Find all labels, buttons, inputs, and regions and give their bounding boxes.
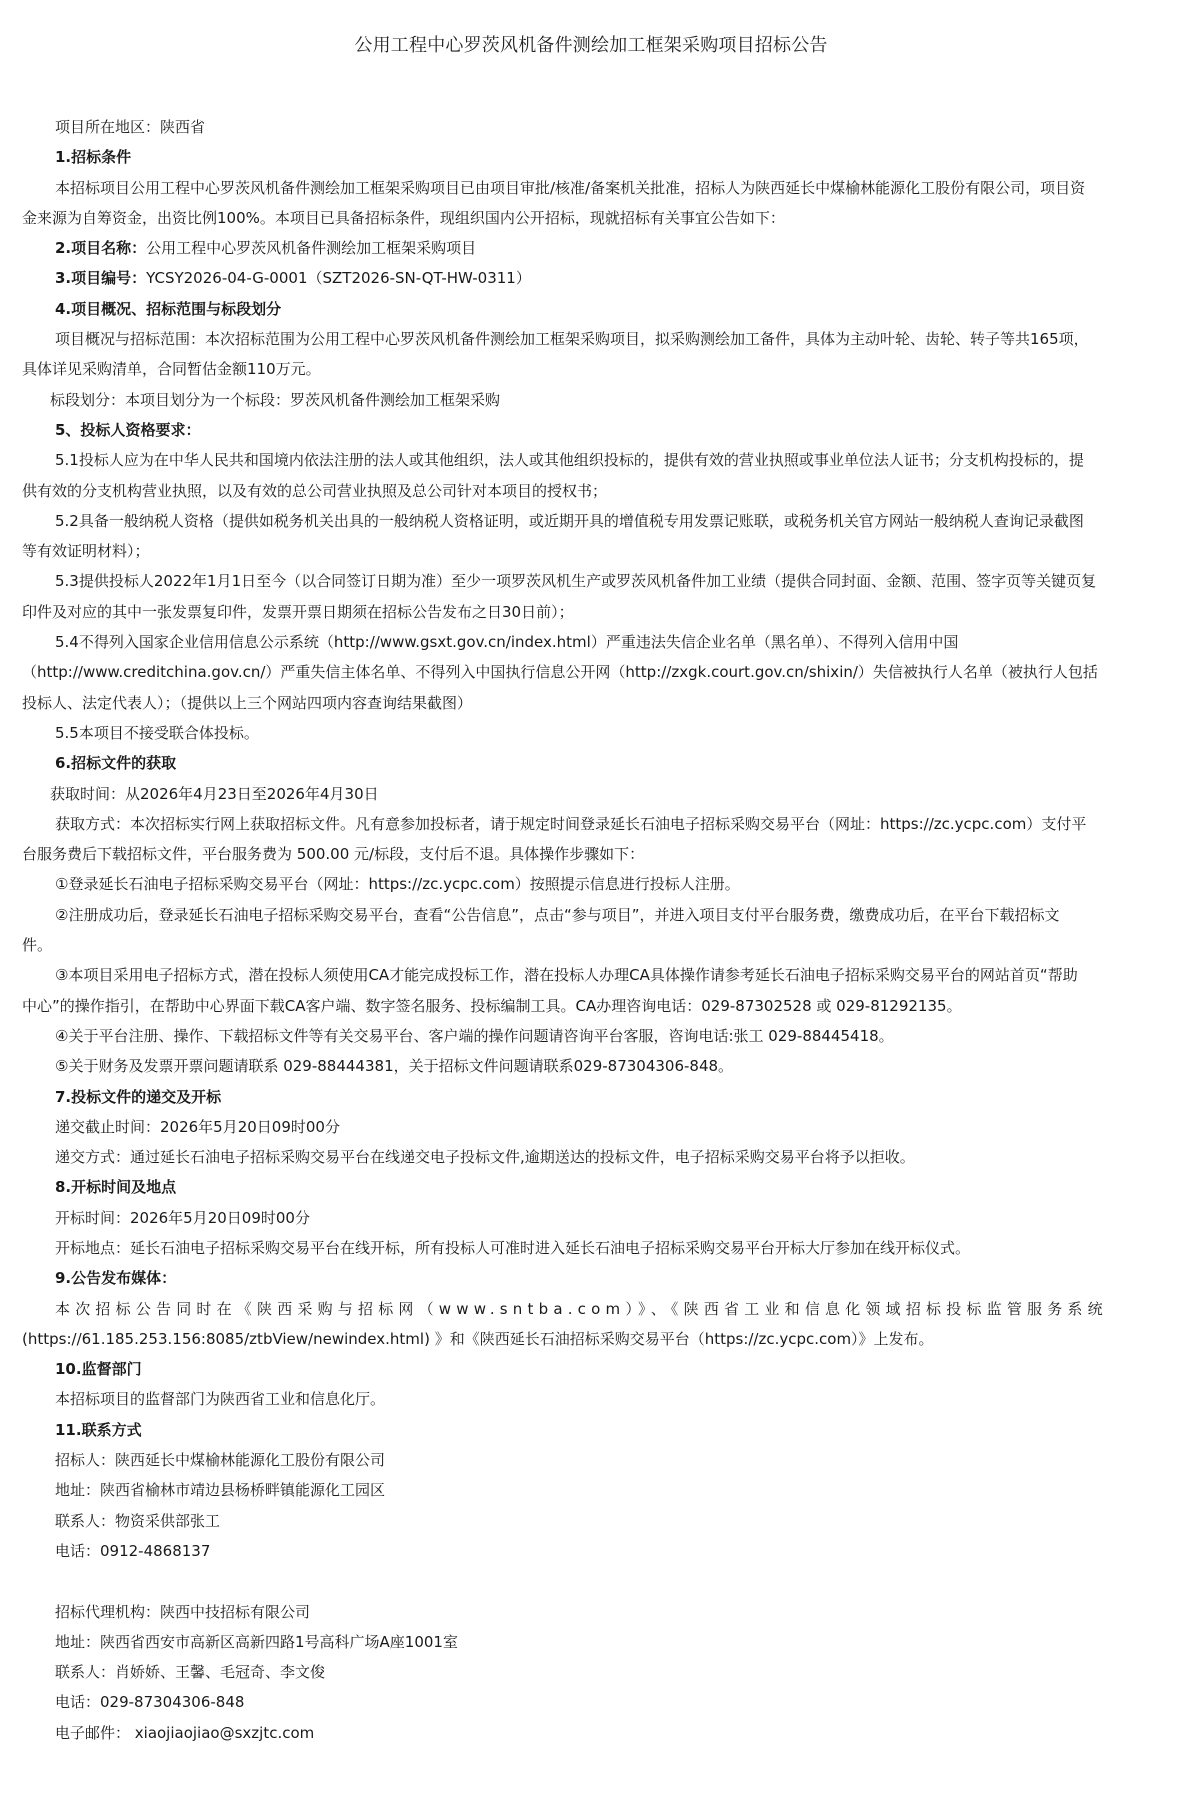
submission-method: 递交方式：通过延长石油电子招标采购交易平台在线递交电子投标文件,逾期送达的投标文… bbox=[22, 1142, 1162, 1172]
requirement-5-5: 5.5本项目不接受联合体投标。 bbox=[22, 718, 1162, 748]
requirement-5-1-line-1: 5.1投标人应为在中华人民共和国境内依法注册的法人或其他组织，法人或其他组织投标… bbox=[22, 445, 1162, 475]
step-5: ⑤关于财务及发票开票问题请联系 029-88444381，关于招标文件问题请联系… bbox=[22, 1051, 1162, 1081]
agency-email[interactable]: 电子邮件： xiaojiaojiao@sxzjtc.com bbox=[22, 1718, 1162, 1748]
requirement-5-4-line-2: （http://www.creditchina.gov.cn/）严重失信主体名单… bbox=[22, 657, 1162, 687]
tenderer-name: 招标人：陕西延长中煤榆林能源化工股份有限公司 bbox=[22, 1445, 1162, 1475]
section-1-text-line-1: 本招标项目公用工程中心罗茨风机备件测绘加工框架采购项目已由项目审批/核准/备案机… bbox=[22, 173, 1162, 203]
publication-media-line-1: 本次招标公告同时在《陕西采购与招标网（www.sntba.com）》、《陕西省工… bbox=[22, 1294, 1162, 1324]
tenderer-phone: 电话：0912-4868137 bbox=[22, 1536, 1162, 1566]
announcement-body: 项目所在地区：陕西省 1.招标条件 本招标项目公用工程中心罗茨风机备件测绘加工框… bbox=[22, 112, 1162, 1748]
project-region: 项目所在地区：陕西省 bbox=[22, 112, 1162, 142]
requirement-5-3-line-2: 印件及对应的其中一张发票复印件，发票开票日期须在招标公告发布之日30日前）； bbox=[22, 597, 1162, 627]
step-3-line-2: 中心”的操作指引，在帮助中心界面下载CA客户端、数字签名服务、投标编制工具。CA… bbox=[22, 991, 1162, 1021]
step-3-line-1: ③本项目采用电子招标方式，潜在投标人须使用CA才能完成投标工作，潜在投标人办理C… bbox=[22, 960, 1162, 990]
section-11-heading: 11.联系方式 bbox=[22, 1415, 1162, 1445]
requirement-5-4-line-3: 投标人、法定代表人）；（提供以上三个网站四项内容查询结果截图） bbox=[22, 688, 1162, 718]
section-5-heading: 5、投标人资格要求： bbox=[22, 415, 1162, 445]
section-6-heading: 6.招标文件的获取 bbox=[22, 748, 1162, 778]
agency-phone: 电话：029-87304306-848 bbox=[22, 1687, 1162, 1717]
blank-line bbox=[22, 1566, 1162, 1596]
section-9-heading: 9.公告发布媒体： bbox=[22, 1263, 1162, 1293]
section-4-scope-line-1: 项目概况与招标范围：本次招标范围为公用工程中心罗茨风机备件测绘加工框架采购项目，… bbox=[22, 324, 1162, 354]
acquisition-method-line-2: 台服务费后下载招标文件，平台服务费为 500.00 元/标段，支付后不退。具体操… bbox=[22, 839, 1162, 869]
project-name-label: 2.项目名称： bbox=[55, 239, 146, 257]
section-7-heading: 7.投标文件的递交及开标 bbox=[22, 1082, 1162, 1112]
publication-media-line-2: (https://61.185.253.156:8085/ztbView/new… bbox=[22, 1324, 1162, 1354]
requirement-5-4-line-1: 5.4不得列入国家企业信用信息公示系统（http://www.gsxt.gov.… bbox=[22, 627, 1162, 657]
agency-name: 招标代理机构：陕西中技招标有限公司 bbox=[22, 1597, 1162, 1627]
tenderer-contact: 联系人：物资采供部张工 bbox=[22, 1506, 1162, 1536]
tenderer-address: 地址：陕西省榆林市靖边县杨桥畔镇能源化工园区 bbox=[22, 1475, 1162, 1505]
section-4-heading: 4.项目概况、招标范围与标段划分 bbox=[22, 294, 1162, 324]
section-8-heading: 8.开标时间及地点 bbox=[22, 1172, 1162, 1202]
requirement-5-2-line-2: 等有效证明材料）； bbox=[22, 536, 1162, 566]
requirement-5-3-line-1: 5.3提供投标人2022年1月1日至今（以合同签订日期为准）至少一项罗茨风机生产… bbox=[22, 566, 1162, 596]
section-1-heading: 1.招标条件 bbox=[22, 142, 1162, 172]
opening-time: 开标时间：2026年5月20日09时00分 bbox=[22, 1203, 1162, 1233]
step-4: ④关于平台注册、操作、下载招标文件等有关交易平台、客户端的操作问题请咨询平台客服… bbox=[22, 1021, 1162, 1051]
section-2-project-name: 2.项目名称：公用工程中心罗茨风机备件测绘加工框架采购项目 bbox=[22, 233, 1162, 263]
tender-announcement-page: 公用工程中心罗茨风机备件测绘加工框架采购项目招标公告 项目所在地区：陕西省 1.… bbox=[0, 0, 1182, 1804]
step-2-line-2: 件。 bbox=[22, 930, 1162, 960]
submission-deadline: 递交截止时间：2026年5月20日09时00分 bbox=[22, 1112, 1162, 1142]
supervision-department: 本招标项目的监督部门为陕西省工业和信息化厅。 bbox=[22, 1384, 1162, 1414]
requirement-5-1-line-2: 供有效的分支机构营业执照，以及有效的总公司营业执照及总公司针对本项目的授权书； bbox=[22, 476, 1162, 506]
acquisition-time: 获取时间：从2026年4月23日至2026年4月30日 bbox=[22, 779, 1162, 809]
requirement-5-2-line-1: 5.2具备一般纳税人资格（提供如税务机关出具的一般纳税人资格证明，或近期开具的增… bbox=[22, 506, 1162, 536]
section-4-lot-division: 标段划分：本项目划分为一个标段：罗茨风机备件测绘加工框架采购 bbox=[22, 385, 1162, 415]
agency-address: 地址：陕西省西安市高新区高新四路1号高科广场A座1001室 bbox=[22, 1627, 1162, 1657]
section-3-project-number: 3.项目编号：YCSY2026-04-G-0001（SZT2026-SN-QT-… bbox=[22, 263, 1162, 293]
step-2-line-1: ②注册成功后，登录延长石油电子招标采购交易平台，查看“公告信息”，点击“参与项目… bbox=[22, 900, 1162, 930]
page-title: 公用工程中心罗茨风机备件测绘加工框架采购项目招标公告 bbox=[0, 33, 1182, 59]
acquisition-method-line-1: 获取方式：本次招标实行网上获取招标文件。凡有意参加投标者，请于规定时间登录延长石… bbox=[22, 809, 1162, 839]
agency-contact: 联系人：肖娇娇、王馨、毛冠奇、李文俊 bbox=[22, 1657, 1162, 1687]
section-10-heading: 10.监督部门 bbox=[22, 1354, 1162, 1384]
section-1-text-line-2: 金来源为自筹资金，出资比例100%。本项目已具备招标条件，现组织国内公开招标，现… bbox=[22, 203, 1162, 233]
opening-place: 开标地点：延长石油电子招标采购交易平台在线开标，所有投标人可准时进入延长石油电子… bbox=[22, 1233, 1162, 1263]
section-4-scope-line-2: 具体详见采购清单，合同暂估金额110万元。 bbox=[22, 354, 1162, 384]
project-name-value: 公用工程中心罗茨风机备件测绘加工框架采购项目 bbox=[146, 239, 476, 257]
step-1: ①登录延长石油电子招标采购交易平台（网址：https://zc.ycpc.com… bbox=[22, 869, 1162, 899]
project-number-label: 3.项目编号： bbox=[55, 269, 146, 287]
project-number-value: YCSY2026-04-G-0001（SZT2026-SN-QT-HW-0311… bbox=[146, 269, 531, 287]
